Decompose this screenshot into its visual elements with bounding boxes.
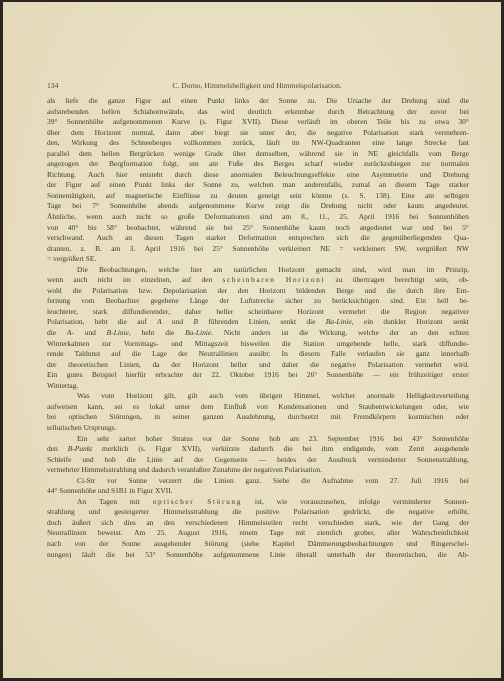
word: gedrückt, [343,507,371,518]
word: der [171,360,181,371]
text-line: wennauchnichtimeinzelnen,aufdenscheinbar… [47,275,469,286]
word: Punkt [135,180,152,191]
word: kaum [309,223,326,234]
word: den [164,518,175,529]
word: Auch [88,170,104,181]
word: Tagen [99,497,117,508]
word: und [337,402,348,413]
word: stark [409,128,423,139]
word: Polarisation [92,286,128,297]
word: erkennbar [285,107,315,118]
text-line: EinsehrzarterhoherStratusvorderSonnehoba… [47,434,469,445]
word: B. [95,244,102,255]
word: Horizont [298,307,324,318]
word: Auch [97,233,113,244]
word: Ba-Linie, [326,317,354,328]
word: diese [203,170,218,181]
word: entsteht [140,170,163,181]
word: auch [73,275,87,286]
word: sie [206,223,214,234]
word: Beobachter [106,296,140,307]
word: am [290,434,299,445]
word: vermehrter [47,465,80,476]
word: recht [293,518,308,529]
word: Gegenseite [215,455,248,466]
word: durch [406,286,423,297]
word: sind. [390,296,404,307]
word: 43° [412,434,422,445]
word: kaum [407,201,424,212]
word: 44° [47,486,57,497]
word: Kondensationen [278,402,326,413]
word: und [171,339,182,350]
word: nungen) [47,550,71,561]
word: wenn [47,275,63,286]
word: die [385,507,394,518]
word: der [407,107,417,118]
word: zu [419,117,426,128]
word: Ausdruck [328,455,357,466]
word: Juli [411,476,422,487]
word: die [132,349,141,360]
word: Die [77,265,88,276]
word: während [170,223,196,234]
word: vermehrt [339,307,366,318]
word: vermehrt [415,360,442,371]
word: an [410,328,417,339]
word: Die [326,96,337,107]
word: dem [71,128,84,139]
word: daher [185,307,202,318]
text-line: vermehrter Himmelsstrahlung und dadurch … [47,465,469,476]
word: als [47,96,55,107]
word: oder [383,201,396,212]
word: anormalen [231,170,262,181]
word: bei [72,201,81,212]
word: 1916 [264,370,279,381]
word: die [73,286,82,297]
word: bei [224,223,233,234]
word: abends [158,201,179,212]
word: Wirkung [71,138,97,149]
word: Linien, [249,317,270,328]
text-line: aufweisenkann,seieslokalunterdemEinflußv… [47,402,469,413]
document-page: 134 C. Dorno, Himmelshelligkeit und Himm… [3,2,501,678]
word: nicht [98,275,113,286]
word: — [259,455,266,466]
text-line: paralleldemhellenBergrückenwenigeGradeüb… [47,149,469,160]
text-line: verschwand.AuchandiesenTagenstarkerDefor… [47,233,469,244]
word: am [209,159,218,170]
word: Siehe [273,476,290,487]
word: auch [112,212,126,223]
word: zu [210,191,217,202]
word: Ringerschei- [431,539,469,550]
word: biegt [214,128,229,139]
word: 1916 [369,434,384,445]
word: Linie [147,455,163,466]
word: Vormittags- [124,339,159,350]
text-line: WasvomHorizontgilt,giltauchvomübrigenHim… [47,391,469,402]
word: die [232,507,241,518]
word: NE [320,244,330,255]
word: auf [111,349,121,360]
word: hierfür [126,370,146,381]
word: Ein [47,370,57,381]
word: Deformation [238,233,276,244]
word: durch [175,170,192,181]
word: erbrachte [155,370,183,381]
word: wie [458,402,469,413]
word: auf [137,317,147,328]
word: der [219,296,229,307]
word: Bergformation [109,159,153,170]
word: zu [335,275,342,286]
word: am [111,244,120,255]
word: Sonnenhöhe [327,370,364,381]
word: durchsetzt [288,412,319,423]
word: und [365,286,376,297]
word: diesen [144,233,163,244]
word: Störungen, [109,412,141,423]
word: die [282,339,291,350]
word: erster [452,370,469,381]
word: etwa [435,117,449,128]
word: auch [209,391,223,402]
word: das [198,107,208,118]
word: Störung [207,497,242,508]
word: verlaufen [357,349,385,360]
word: an [379,180,386,191]
word: wohl [47,286,62,297]
word: dadurch [151,465,175,476]
word: Ein [77,434,87,445]
word: NE [368,149,378,160]
text-line: Sonnentätigkeit,aufmagnetischeEinflüssez… [47,191,469,202]
word: helle, [384,339,400,350]
word: Neutrallinien [47,528,86,539]
word: ist [281,328,288,339]
word: Ab- [457,550,469,561]
word: durch [328,107,345,118]
word: umgebende [337,339,371,350]
word: aufstrebenden [47,107,89,118]
word: oder [456,412,469,423]
word: 40° [68,223,78,234]
word: der [218,286,228,297]
word: bei [409,212,418,223]
word: tellurischen [47,423,82,434]
word: dunkler [383,317,406,328]
text-line: fernungvomBeobachtergegebeneLängederLuft… [47,296,469,307]
word: am [282,212,291,223]
word: während [299,149,325,160]
word: erhöht, [448,507,469,518]
word: hebt [95,317,108,328]
word: Kurve [246,201,265,212]
word: auf [161,96,171,107]
word: bei [460,107,469,118]
word: hob [105,455,116,466]
text-line: alsliefedieganzeFiguraufeinenPunktlinksd… [47,96,469,107]
word: die [381,307,390,318]
word: Stratus [172,434,193,445]
word: und [85,328,96,339]
word: starker [206,233,226,244]
word: man [283,180,296,191]
word: einen [181,96,197,107]
word: auf [174,455,184,466]
body-text: alsliefedieganzeFiguraufeinenPunktlinksd… [47,96,469,560]
word: beides [277,455,296,466]
text-line: den,WirkungdesSchneebergesvollkommenzurü… [47,138,469,149]
word: scheinbaren [222,275,275,286]
word: im [123,275,131,286]
word: Horizont [416,317,442,328]
word: Einfluß [224,402,246,413]
word: NW-Quadranten [311,138,360,149]
word: und [82,455,93,466]
word: zur [421,159,431,170]
word: anormale [367,391,395,402]
word: dem [201,402,214,413]
word: und [138,465,149,476]
word: die [386,286,395,297]
word: sind [260,212,272,223]
word: Horizont [286,275,325,286]
word: Am [134,528,145,539]
word: zu [314,296,321,307]
word: S. [359,191,365,202]
word: im [292,138,300,149]
word: gegenüberliegenden [382,233,442,244]
word: Falle [331,349,346,360]
word: Fuße [228,159,243,170]
word: diffundierender, [122,307,170,318]
word: die [194,476,203,487]
word: die [301,476,310,487]
word: da [152,360,159,371]
word: Nicht [224,328,241,339]
word: eine [372,138,384,149]
word: Zunahme [212,465,240,476]
word: große [178,212,195,223]
word: August [178,528,200,539]
word: fernung [47,296,70,307]
word: Sonnen- [444,497,469,508]
word: 3. [130,244,136,255]
word: bei [443,223,452,234]
text-line: Tagebei7°SonnenhöheabendsaufgenommeneKur… [47,201,469,212]
word: der [47,360,57,371]
word: Sonnenhöhe [432,434,469,445]
word: Sonnenhöhe [67,117,104,128]
word: diffundie- [439,339,469,350]
word: übertragen [353,275,385,286]
word: Betrachtung [358,107,394,118]
word: Linien, [120,360,141,371]
text-line: tellurischen Ursprungs. [47,423,469,434]
word: ein [390,370,399,381]
word: Region [405,307,427,318]
word: Winterkalmen [47,339,89,350]
word: (s. [342,191,349,202]
word: sind [437,96,449,107]
word: Sonne [203,180,222,191]
word: Sonne [128,476,147,487]
word: Diese [271,117,288,128]
word: Staubentwickelungen [359,402,423,413]
word: der [390,328,400,339]
word: Tage [425,180,439,191]
word: von [257,402,268,413]
word: negativer [441,307,469,318]
running-title: C. Dorno, Himmelshelligkeit und Himmelsp… [47,81,467,90]
word: theoretischen, [386,550,428,561]
word: bei [126,550,135,561]
word: 1916, [211,528,228,539]
word: zuvor [430,107,447,118]
word: dies [124,518,136,529]
word: hier [191,265,203,276]
word: Luftstrecke [240,296,274,307]
word: lange [396,138,412,149]
word: normal, [132,128,155,139]
word: der [459,518,469,529]
word: negative [331,360,356,371]
word: SW, [395,244,407,255]
word: sein, [435,275,449,286]
word: den, [47,138,60,149]
word: positive [256,507,280,518]
word: sie [335,149,343,160]
word: man [403,265,416,276]
word: Figur [137,486,153,497]
word: auf [106,191,116,202]
word: gutes [67,370,83,381]
word: der [259,96,269,107]
word: fast [458,138,469,149]
text-line: überdemHorizontnormal,dannaberbiegtsieun… [47,128,469,139]
word: Tage [269,528,283,539]
word: 11., [319,212,330,223]
word: 26° [307,370,317,381]
word: Drehung [443,170,469,181]
word: gesteigerter [114,507,149,518]
word: September [328,434,360,445]
word: leuchteter, [47,307,78,318]
word: die [438,550,447,561]
word: verminderter [368,455,406,466]
word: zumal [352,180,370,191]
word: 58° [106,223,116,234]
word: An [77,497,86,508]
word: die [307,128,316,139]
word: Beispiel [92,370,116,381]
word: anders [251,328,270,339]
word: bisweilen [241,339,270,350]
word: 22. [211,370,220,381]
word: verkürzte [212,444,240,455]
word: Sonne [279,96,298,107]
word: ganze [108,96,125,107]
word: — [373,370,380,381]
word: Aufnahme [322,476,353,487]
word: negative [327,128,352,139]
word: die [127,455,136,466]
word: sein [290,191,302,202]
word: es [133,402,139,413]
word: aufgenommenen [113,117,163,128]
text-line: WinterkalmenzurVormittags-undMittagszeit… [47,339,469,350]
word: negative [409,507,434,518]
word: welchen [249,180,274,191]
word: so [161,212,168,223]
word: z. [81,244,86,255]
word: Sonnenstrahlung, [417,455,469,466]
word: vom [365,476,378,487]
word: führenden [208,317,238,328]
word: der [382,96,392,107]
word: welche [358,328,379,339]
word: der [192,370,202,381]
word: kann, [88,402,104,413]
word: des [109,138,119,149]
word: Sonnentätigkeit, [47,191,96,202]
word: wie [391,518,402,529]
word: Drehung [321,201,347,212]
word: eine [347,170,359,181]
word: sei [114,402,122,413]
word: unter [175,402,190,413]
word: die [299,328,308,339]
word: 1916 [433,476,448,487]
word: die [460,96,469,107]
word: wird [221,107,235,118]
word: wenn [86,212,102,223]
word: den [238,286,249,297]
word: übrigen [260,391,283,402]
word: wird [378,265,392,276]
word: parallel [47,149,69,160]
word: = [339,244,343,255]
word: nicht [136,212,151,223]
text-line: dertheoretischenLinien,daderHorizonthell… [47,360,469,371]
word: innerhalb [441,349,469,360]
text-line: rendeTaldunstaufdieLagederNeutralliniena… [47,349,469,360]
word: gleichfalls [388,149,419,160]
word: Oktober [230,370,254,381]
word: optischen [68,412,97,423]
word: der [413,518,423,529]
word: heller [230,360,247,371]
word: der [307,455,317,466]
word: (siehe [241,539,259,550]
word: vorauszusehen, [300,497,346,508]
word: der, [285,128,296,139]
word: verminderter [393,497,431,508]
word: Grade [205,149,223,160]
word: bei [288,370,297,381]
word: aufgenommene [213,550,259,561]
word: folgt, [163,159,179,170]
word: theoretischen [68,360,108,371]
word: doch [47,518,61,529]
word: vom [101,391,114,402]
word: 1916 [384,212,399,223]
word: Himmelsstrahlung [163,507,218,518]
text-line: aufstrebendenhellenSchiahornwände,daswir… [47,107,469,118]
